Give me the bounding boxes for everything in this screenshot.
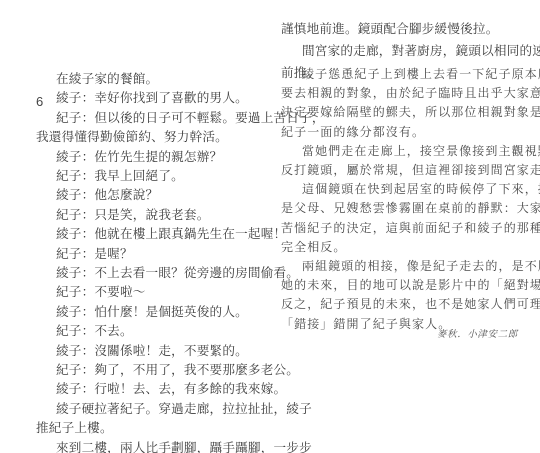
text-line: 紀子一面的緣分都沒有。 — [281, 124, 425, 140]
text-line: 謹慎地前進。鏡頭配合腳步緩慢後拉。 — [281, 21, 499, 37]
text-line: 「錯接」錯開了紀子與家人。 — [281, 316, 451, 332]
text-line: 這個鏡頭在快到起居室的時候停了下來，接著 — [302, 181, 540, 197]
text-line: 反之，紀子預見的未來，也不是她家人們可理解的。 — [281, 296, 540, 312]
text-line: 間宮家的走廊，對著廚房，鏡頭以相同的速度 — [302, 43, 540, 59]
text-line: 決定要嫁給隔壁的鰥夫，所以那位相親對象是連見 — [281, 104, 540, 120]
text-line: 苦惱紀子的決定，這與前面紀子和綾子的那種玩心 — [281, 220, 540, 236]
text-line: 完全相反。 — [281, 239, 347, 255]
text-line: 是父母、兄嫂愁雲慘霧圍在桌前的靜默：大家還在 — [281, 200, 540, 216]
text-line: 反打鏡頭，屬於常規，但這裡卻接到間宮家走廊。 — [281, 162, 540, 178]
text-line: 綾子慫恿紀子上到樓上去看一下紀子原本應該 — [302, 66, 540, 82]
text-line: 要去相親的對象，由於紀子臨時且出乎大家意料地 — [281, 85, 540, 101]
text-line: 兩組鏡頭的相接，像是紀子走去的，是不屬於 — [302, 258, 540, 274]
right-column: 謹慎地前進。鏡頭配合腳步緩慢後拉。間宮家的走廊，對著廚房，鏡頭以相同的速度前推。… — [0, 0, 540, 453]
text-line: 當她們走在走廊上，接空景像接到主觀視點的 — [302, 143, 540, 159]
text-line: 她的未來，目的地可以說是影片中的「絕對場外」； — [281, 277, 540, 293]
signature: 麥秋．小津安二郎 — [437, 327, 518, 343]
